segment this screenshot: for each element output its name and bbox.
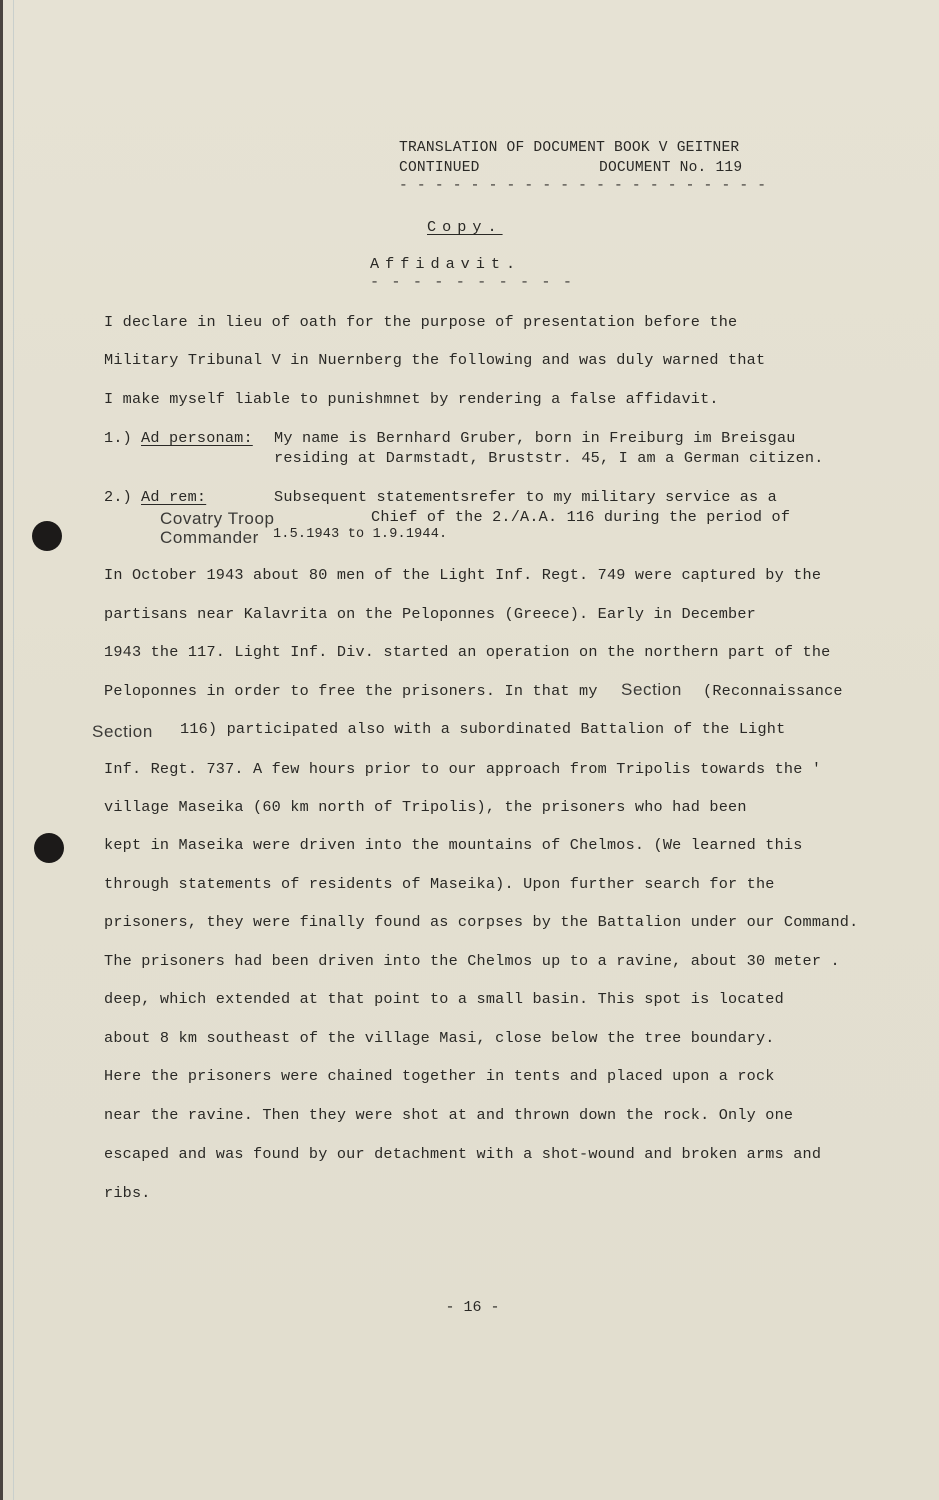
header-line-1: TRANSLATION OF DOCUMENT BOOK V GEITNER: [399, 140, 739, 156]
item1-label: Ad personam:: [141, 429, 253, 447]
body-line: village Maseika (60 km north of Tripolis…: [104, 798, 747, 816]
item1-text: residing at Darmstadt, Bruststr. 45, I a…: [274, 449, 824, 467]
intro-line: I make myself liable to punishmnet by re…: [104, 390, 719, 408]
punch-hole-top: [32, 521, 62, 551]
page-number: - 16 -: [3, 1299, 939, 1316]
document-title: Affidavit.: [370, 255, 521, 273]
header-continued: CONTINUED: [399, 160, 480, 176]
body-line: partisans near Kalavrita on the Peloponn…: [104, 605, 756, 623]
body-line: The prisoners had been driven into the C…: [104, 952, 840, 970]
body-line: In October 1943 about 80 men of the Ligh…: [104, 566, 821, 584]
body-line: escaped and was found by our detachment …: [104, 1145, 821, 1163]
body-inserted-text: Section: [621, 680, 682, 700]
body-line: Here the prisoners were chained together…: [104, 1067, 775, 1085]
body-line: ribs.: [104, 1184, 151, 1202]
body-line: through statements of residents of Masei…: [104, 875, 775, 893]
item2-inserted-text: Commander: [160, 528, 259, 548]
body-line: deep, which extended at that point to a …: [104, 990, 784, 1008]
item2-text: Chief of the 2./A.A. 116 during the peri…: [371, 508, 790, 526]
body-line: prisoners, they were finally found as co…: [104, 913, 858, 931]
item2-text: Subsequent statementsrefer to my militar…: [274, 488, 777, 506]
body-line: Peloponnes in order to free the prisoner…: [104, 682, 598, 700]
intro-line: I declare in lieu of oath for the purpos…: [104, 313, 737, 331]
body-line: Inf. Regt. 737. A few hours prior to our…: [104, 760, 821, 778]
punch-hole-bottom: [34, 833, 64, 863]
page-edge-line: [13, 0, 14, 1500]
intro-line: Military Tribunal V in Nuernberg the fol…: [104, 351, 765, 369]
item1-number: 1.): [104, 429, 132, 447]
body-line: about 8 km southeast of the village Masi…: [104, 1029, 775, 1047]
title-rule: - - - - - - - - - -: [370, 273, 574, 291]
document-page: TRANSLATION OF DOCUMENT BOOK V GEITNER C…: [0, 0, 939, 1500]
body-line: (Reconnaissance: [703, 682, 843, 700]
copy-label: Copy.: [427, 218, 503, 236]
body-line: 1943 the 117. Light Inf. Div. started an…: [104, 643, 831, 661]
item2-label: Ad rem:: [141, 488, 206, 506]
body-line: 116) participated also with a subordinat…: [180, 720, 785, 738]
body-line: kept in Maseika were driven into the mou…: [104, 836, 803, 854]
item1-text: My name is Bernhard Gruber, born in Frei…: [274, 429, 796, 447]
item2-text: 1.5.1943 to 1.9.1944.: [273, 527, 447, 542]
item2-inserted-text: Covatry Troop: [160, 509, 275, 529]
body-inserted-text: Section: [92, 722, 153, 742]
body-line: near the ravine. Then they were shot at …: [104, 1106, 793, 1124]
header-rule: - - - - - - - - - - - - - - - - - - - - …: [399, 178, 766, 194]
header-document-number: DOCUMENT No. 119: [599, 160, 742, 176]
item2-number: 2.): [104, 488, 132, 506]
